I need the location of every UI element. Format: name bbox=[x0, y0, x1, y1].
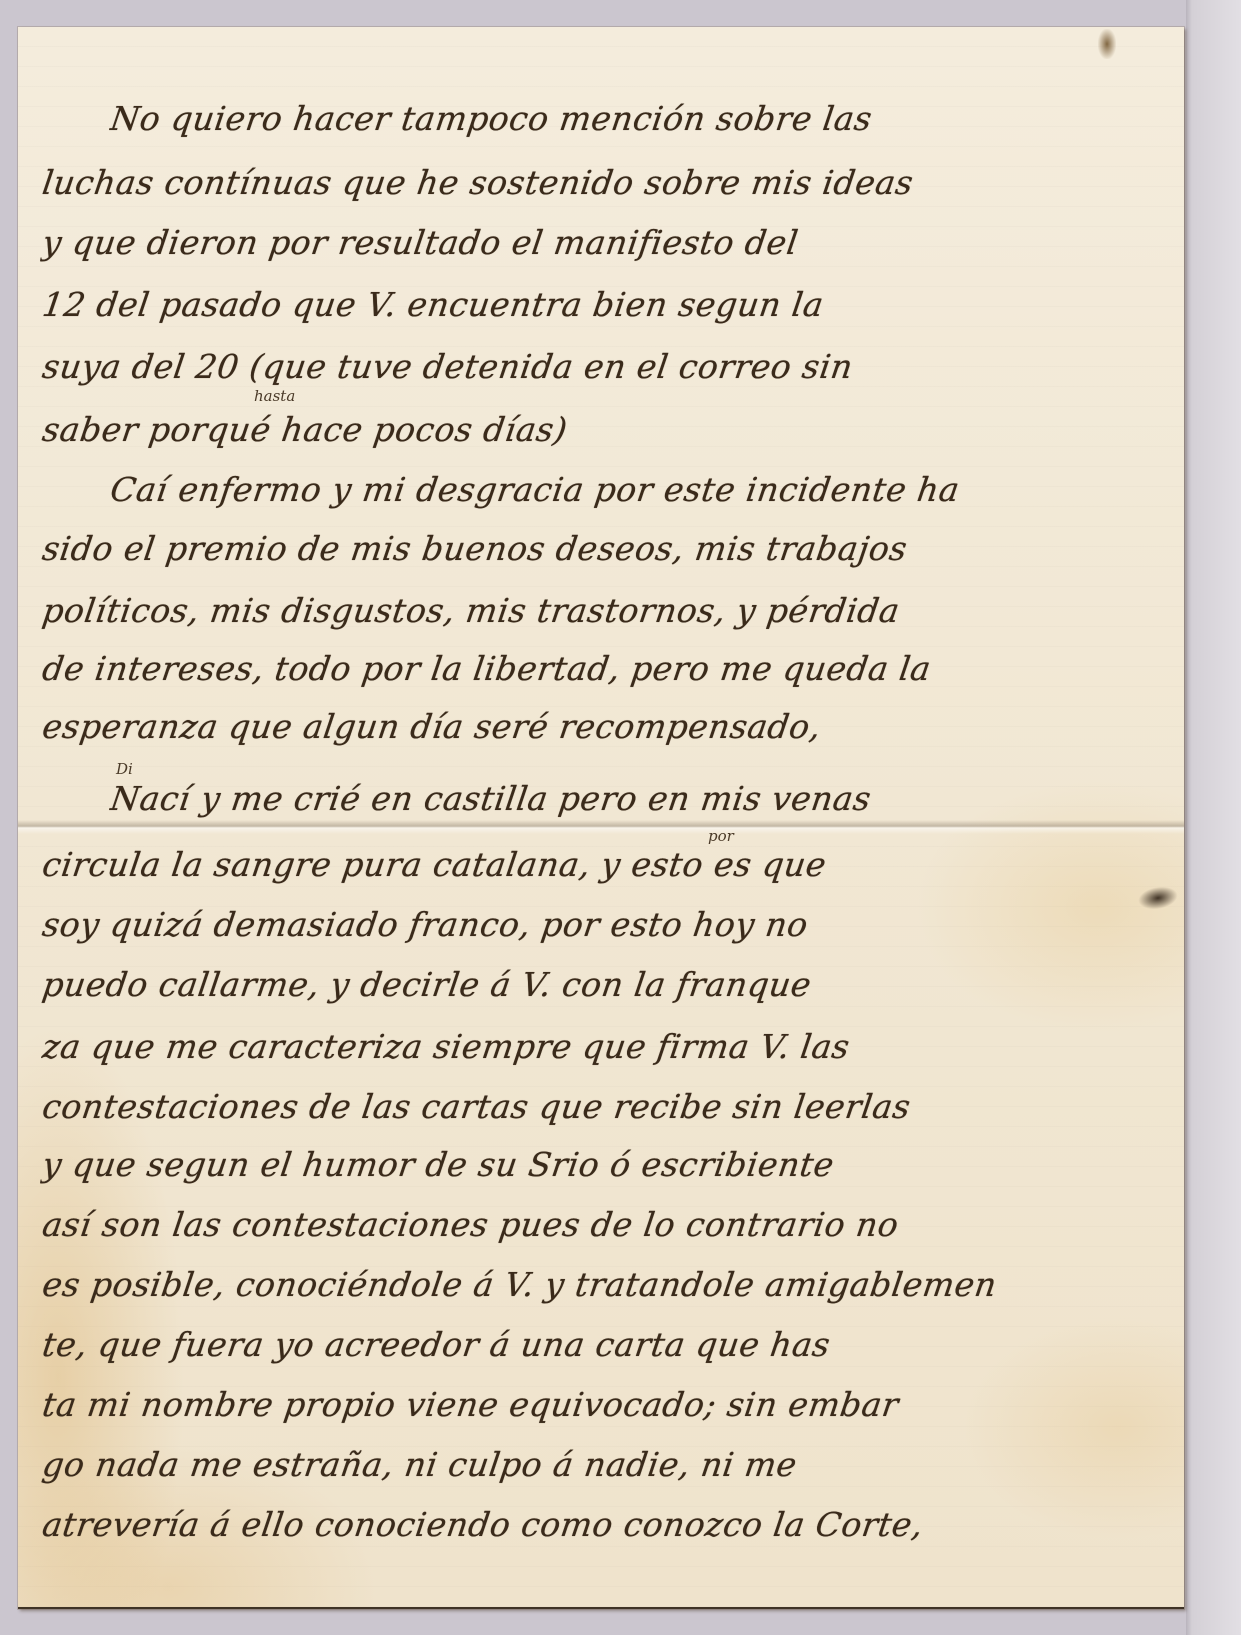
text-line-14: soy quizá demasiado franco, por esto hoy… bbox=[40, 905, 1179, 944]
text-line-20: es posible, conociéndole á V. y tratando… bbox=[40, 1265, 1179, 1304]
text-line-11: esperanza que algun día seré recompensad… bbox=[40, 707, 1179, 746]
text-line-8: sido el premio de mis buenos deseos, mis… bbox=[40, 529, 1179, 568]
text-line-18: y que segun el humor de su Srio ó escrib… bbox=[40, 1145, 1179, 1184]
text-line-12: Nací y me crié en castilla pero en mis v… bbox=[108, 779, 1179, 818]
interlinear-insertion-di: Di bbox=[116, 760, 133, 778]
interlinear-insertion-hasta: hasta bbox=[254, 387, 295, 405]
interlinear-insertion-por: por bbox=[708, 827, 734, 845]
text-line-23: go nada me estraña, ni culpo á nadie, ni… bbox=[40, 1445, 1179, 1484]
text-line-4: 12 del pasado que V. encuentra bien segu… bbox=[40, 285, 1179, 324]
text-line-19: así son las contestaciones pues de lo co… bbox=[40, 1205, 1179, 1244]
text-line-7: Caí enfermo y mi desgracia por este inci… bbox=[108, 470, 1179, 509]
text-line-17: contestaciones de las cartas que recibe … bbox=[40, 1087, 1179, 1126]
text-line-3: y que dieron por resultado el manifiesto… bbox=[40, 223, 1179, 262]
text-line-21: te, que fuera yo acreedor á una carta qu… bbox=[40, 1325, 1179, 1364]
text-line-16: za que me caracteriza siempre que firma … bbox=[40, 1027, 1179, 1066]
text-line-2: luchas contínuas que he sostenido sobre … bbox=[40, 163, 1179, 202]
text-line-9: políticos, mis disgustos, mis trastornos… bbox=[40, 591, 1179, 630]
scan-background-edge bbox=[1186, 0, 1241, 1635]
text-line-6: saber porqué hace pocos días) bbox=[40, 410, 1179, 449]
text-line-13: circula la sangre pura catalana, y esto … bbox=[40, 845, 1179, 884]
text-line-15: puedo callarme, y decirle á V. con la fr… bbox=[40, 965, 1179, 1004]
text-line-22: ta mi nombre propio viene equivocado; si… bbox=[40, 1385, 1179, 1424]
text-line-10: de intereses, todo por la libertad, pero… bbox=[40, 649, 1179, 688]
text-line-5: suya del 20 (que tuve detenida en el cor… bbox=[40, 347, 1179, 386]
text-line-24: atrevería á ello conociendo como conozco… bbox=[40, 1505, 1179, 1544]
handwritten-text-block: No quiero hacer tampoco mención sobre la… bbox=[18, 27, 1184, 1607]
text-line-1: No quiero hacer tampoco mención sobre la… bbox=[108, 99, 1179, 138]
letter-page: No quiero hacer tampoco mención sobre la… bbox=[18, 27, 1184, 1609]
